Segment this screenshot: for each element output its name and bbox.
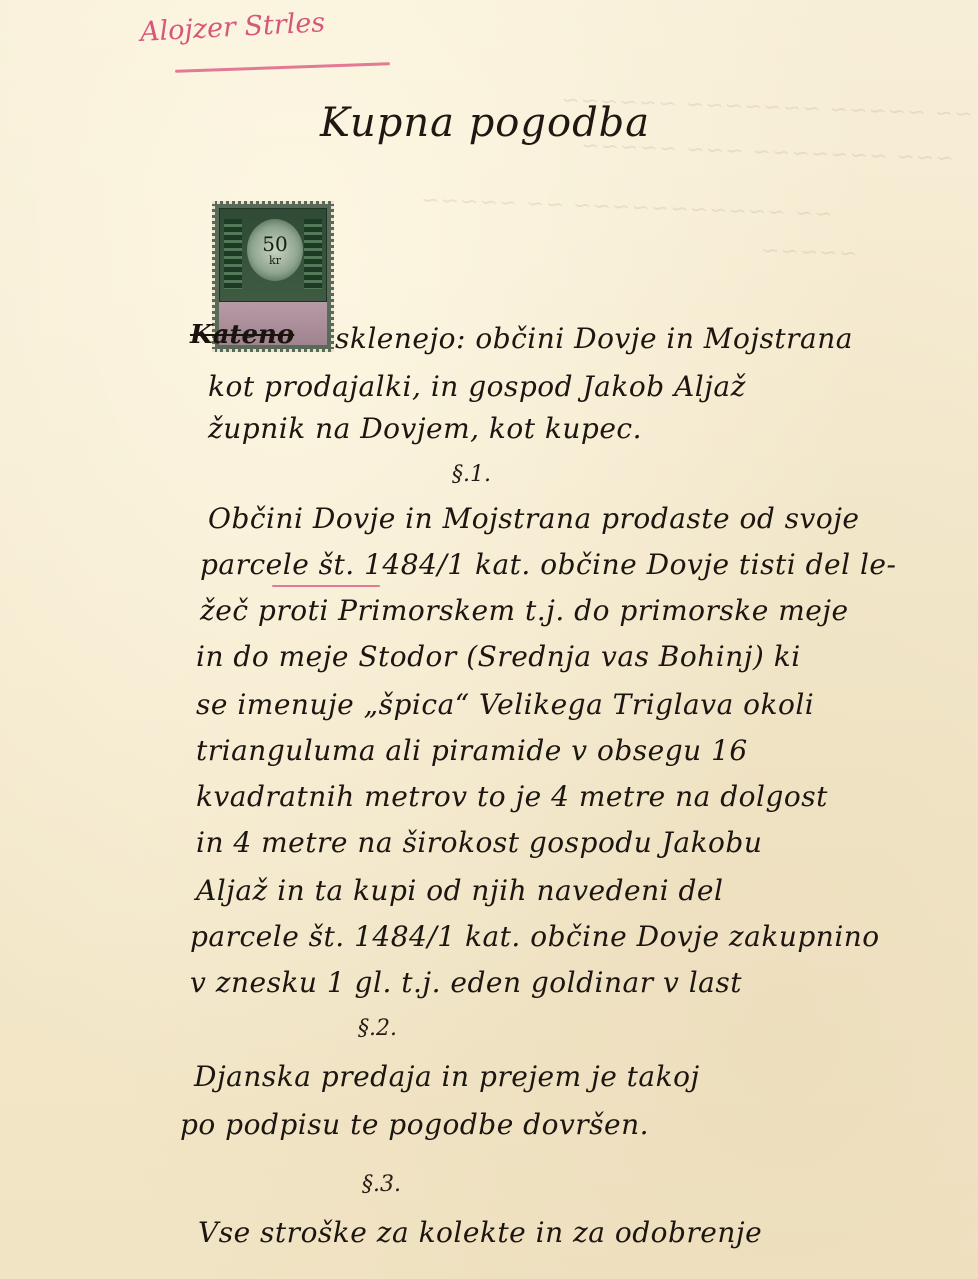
document-title: Kupna pogodba [320,100,650,146]
text-line: sklenejo: občini Dovje in Mojstrana [335,322,853,355]
text-line: parcele št. 1484/1 kat. občine Dovje tis… [200,548,896,581]
text-line: trianguluma ali piramide v obsegu 16 [196,734,748,767]
text-line: in do meje Stodor (Srednja vas Bohinj) k… [196,640,801,673]
text-line: žeč proti Primorskem t.j. do primorske m… [200,594,849,627]
text-line: župnik na Dovjem, kot kupec. [208,412,642,445]
text-line: in 4 metre na širokost gospodu Jakobu [196,826,762,859]
stamp-ornament-left [224,219,242,289]
text-line: kvadratnih metrov to je 4 metre na dolgo… [196,780,828,813]
stamp-cancellation-mark: Kateno [190,320,294,350]
red-pencil-underline [272,585,380,587]
bleed-through-text: ~~~~~ [760,238,858,266]
text-line: kot prodajalki, in gospod Jakob Aljaž [208,370,746,403]
text-line: se imenuje „špica“ Velikega Triglava oko… [196,688,814,721]
stamp-unit: kr [269,254,281,267]
text-line: po podpisu te pogodbe dovršen. [180,1108,649,1141]
text-line: parcele št. 1484/1 kat. občine Dovje zak… [190,920,880,953]
text-line: v znesku 1 gl. t.j. eden goldinar v last [190,966,742,999]
section-marker: §.2. [358,1016,397,1041]
text-line: Občini Dovje in Mojstrana prodaste od sv… [208,502,859,535]
section-marker: §.3. [362,1172,401,1197]
stamp-ornament-right [304,219,322,289]
stamp-upper-panel: 50 kr [219,208,327,302]
text-line: Vse stroške za kolekte in za odobrenje [198,1216,762,1249]
stamp-value-circle: 50 kr [247,219,303,281]
section-marker: §.1. [452,462,491,487]
text-line: Aljaž in ta kupi od njih navedeni del [196,874,723,907]
stamp-value: 50 [262,234,287,254]
text-line: Djanska predaja in prejem je takoj [194,1060,700,1093]
